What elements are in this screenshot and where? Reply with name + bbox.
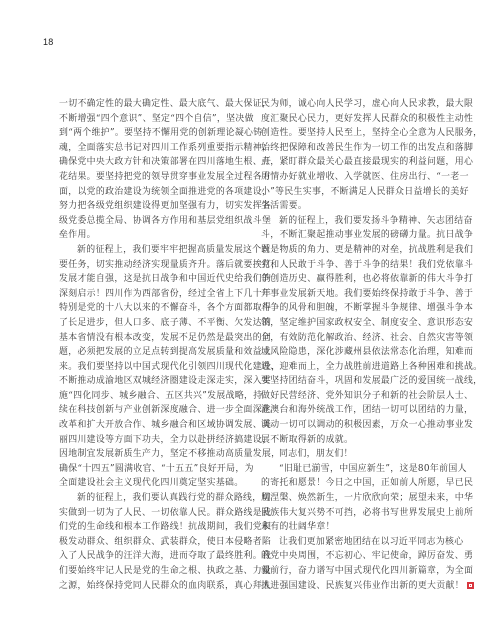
text-line-content: 全面建设社会主义现代化四川奠定坚实基础。 xyxy=(59,478,244,488)
text-line-content: 深刻启示！四川作为西部省份，经过全省上下几十年 xyxy=(59,289,271,299)
text-line-content: 因地制宜发展新质生产力，坚定不移推动高质量发展， xyxy=(59,449,280,459)
text-line: 要坚持团结奋斗，巩固和发展最广泛的爱国统一战线， xyxy=(261,374,447,389)
text-line-content: 新的征程上，我们要发扬斗争精神、矢志团结奋 xyxy=(279,216,473,226)
text-line: 创造性。要坚持人民至上，坚持全心全意为人民服务， xyxy=(261,126,447,141)
text-line-content: 魂，全面落实总书记对四川工作系列重要指示精神， xyxy=(59,143,271,153)
text-line-content: 面，以党的政治建设为统领全面推进党的各项建设， xyxy=(59,187,271,197)
text-line-content: 小”等民生实事，不断满足人民群众日益增长的美好 xyxy=(261,187,469,197)
text-line-content: 领，坚定维护国家政权安全、制度安全、意识形态安 xyxy=(261,318,473,328)
text-line-content: 生活需要。 xyxy=(261,201,307,211)
text-line-content: 的党中央周围，不忘初心、牢记使命，踔厉奋发、勇 xyxy=(261,551,473,561)
text-line-content: 级党委总揽全局、协调各方作用和基层党组织战斗堡 xyxy=(59,216,271,226)
text-line-content: 特别是党的十八大以来的不懈奋斗，各个方面都取得 xyxy=(59,303,271,313)
text-line-content: 题，必须把发展的立足点转到提高发展质量和效益上 xyxy=(59,347,271,357)
text-line-content: 们党的生命线和根本工作路线！抗战期间，我们党积 xyxy=(59,522,271,532)
text-line-content: 党和人民敢于斗争、善于斗争的结果！我们党依靠斗 xyxy=(261,260,473,270)
text-line-content: 开事业发展新天地。我们要始终保持敢于斗争、善于 xyxy=(261,289,473,299)
text-line: “旧耻已湔雪，中国应新生”，这是80年前国人 xyxy=(261,462,447,477)
text-line: 点，紧盯群众最关心最直接最现实的利益问题，用心 xyxy=(261,155,447,170)
text-line: 推进强国建设、民族复兴伟业作出新的更大贡献！ xyxy=(261,579,447,594)
text-line: 调动一切可以调动的积极因素，万众一心推动事业发 xyxy=(261,418,447,433)
text-line-content: 要任务，切实推动经济实现量质齐升。落后就要挨打， xyxy=(59,260,280,270)
text-line-content: 丽四川建设等方面下功夫，全力以赴拼经济搞建设， xyxy=(59,435,271,445)
text-line-content: 施“四化同步、城乡融合、五区共兴”发展战略，持 xyxy=(59,391,263,401)
text-line: 域风险隐患，深化涉藏州县依法常态化治理，知难而 xyxy=(261,345,447,360)
text-line-content: 新的征程上，我们要牢牢把握高质量发展这个首 xyxy=(77,245,271,255)
text-line: 到“两个维护”。要坚持不懈用党的创新理论凝心铸 xyxy=(59,126,245,141)
text-line: 始终把保障和改善民生作为一切工作的出发点和落脚 xyxy=(261,141,447,156)
text-line-content: 不断推动成渝地区双城经济圈建设走深走实，深入实 xyxy=(59,376,271,386)
text-line: 斗争的风骨和胆魄，不断掌握斗争规律、增强斗争本 xyxy=(261,301,447,316)
text-line: 港澳台和海外统战工作，团结一切可以团结的力量， xyxy=(261,403,447,418)
text-line-content: 基本省情没有根本改变，发展不足仍然是最突出的问 xyxy=(59,333,271,343)
text-line-content: 毅前行，奋力谱写中国式现代化四川新篇章，为全面 xyxy=(261,566,473,576)
text-line-content: 未有的壮阔华章！ xyxy=(261,522,335,532)
text-line: 不断增强“四个意识”、坚定“四个自信”，坚决做 xyxy=(59,112,245,127)
text-line: 毅前行，奋力谱写中国式现代化四川新篇章，为全面 xyxy=(261,564,447,579)
text-line-content: 点，紧盯群众最关心最直接最现实的利益问题，用心 xyxy=(261,157,473,167)
text-line-content: 到“两个维护”。要坚持不懈用党的创新理论凝心铸 xyxy=(59,128,263,138)
text-line: 领，坚定维护国家政权安全、制度安全、意识形态安 xyxy=(261,316,447,331)
text-line: 让我们更加紧密地团结在以习近平同志为核心 xyxy=(261,535,447,550)
text-line: 未有的壮阔华章！ xyxy=(261,520,447,535)
text-line-content: 民为师，诚心向人民学习，虚心向人民求教，最大限 xyxy=(261,99,473,109)
text-line: 展不断取得新的成就。 xyxy=(261,433,447,448)
page-number: 18 xyxy=(43,37,53,47)
text-line: 全，有效防范化解政治、经济、社会、自然灾害等领 xyxy=(261,331,447,346)
text-line-content: 们要始终牢记人民是党的生命之根、执政之基、力量 xyxy=(59,566,271,576)
text-line-content: 来。我们要坚持以中国式现代化引领四川现代化建设， xyxy=(59,362,280,372)
text-line: 基本省情没有根本改变，发展不足仍然是最突出的问 xyxy=(59,331,245,346)
text-line: 的党中央周围，不忘初心、牢记使命，踔厉奋发、勇 xyxy=(261,549,447,564)
text-line-content: 了长足进步，但人口多、底子薄、不平衡、欠发达的 xyxy=(59,318,271,328)
text-line-content: 度汇聚民心民力，更好发挥人民群众的积极性主动性 xyxy=(261,114,473,124)
text-line: 魂，全面落实总书记对四川工作系列重要指示精神， xyxy=(59,141,245,156)
text-line: 垒作用。 xyxy=(59,228,245,243)
text-line-content: 新的征程上，我们要认真践行党的群众路线，切 xyxy=(77,493,271,503)
text-line-content: 的寄托和愿景！今日之中国，正如前人所愿，早已民 xyxy=(261,478,473,488)
text-line-content: 改革和扩大开放合作、城乡融合和区域协调发展、美 xyxy=(59,420,271,430)
text-line-content: 做好民营经济、党外知识分子和新的社会阶层人士、 xyxy=(261,391,473,401)
text-line: 同志们，朋友们！ xyxy=(261,447,447,462)
text-line: 斗，不断汇聚起推动事业发展的磅礴力量。抗日战争 xyxy=(261,228,447,243)
text-line: 实做到一切为了人民、一切依靠人民。群众路线是我 xyxy=(59,506,245,521)
text-line: 新的征程上，我们要牢牢把握高质量发展这个首 xyxy=(59,243,245,258)
text-line-content: 港澳台和海外统战工作，团结一切可以团结的力量， xyxy=(261,405,473,415)
text-line: 小”等民生实事，不断满足人民群众日益增长的美好 xyxy=(261,185,447,200)
text-line-content: 不断增强“四个意识”、坚定“四个自信”，坚决做 xyxy=(59,114,254,124)
text-line: 生活需要。 xyxy=(261,199,447,214)
text-line: 民族伟大复兴势不可挡，必将书写世界发展史上前所 xyxy=(261,506,447,521)
text-line: 既是物质的角力、更是精神的对垒，抗战胜利是我们 xyxy=(261,243,447,258)
text-line: 花结果。要坚持把党的领导贯穿事业发展全过程各方 xyxy=(59,170,245,185)
text-line-content: 既是物质的角力、更是精神的对垒，抗战胜利是我们 xyxy=(261,245,473,255)
text-line-content: 要坚持团结奋斗，巩固和发展最广泛的爱国统一战线， xyxy=(261,376,482,386)
text-line: 题，必须把发展的立足点转到提高发展质量和效益上 xyxy=(59,345,245,360)
text-line: 施“四化同步、城乡融合、五区共兴”发展战略，持 xyxy=(59,389,245,404)
text-line: 的寄托和愿景！今日之中国，正如前人所愿，早已民 xyxy=(261,476,447,491)
text-line-content: 极发动群众、组织群众、武装群众，使日本侵略者陷 xyxy=(59,537,271,547)
text-line-content: 全，有效防范化解政治、经济、社会、自然灾害等领 xyxy=(261,333,473,343)
text-line-content: “旧耻已湔雪，中国应新生”，这是80年前国人 xyxy=(279,464,467,474)
text-line: 用情办好就业增收、入学就医、住房出行、“一老一 xyxy=(261,170,447,185)
text-line-content: 入了人民战争的汪洋大海，进而夺取了最终胜利。我 xyxy=(59,551,271,561)
text-line: 努力把各级党组织建设得更加坚强有力，切实发挥各 xyxy=(59,199,245,214)
text-line: 新的征程上，我们要认真践行党的群众路线，切 xyxy=(59,491,245,506)
text-line-content: 发展才能自强，这是抗日战争和中国近代史给我们的 xyxy=(59,274,271,284)
article-end-mark-icon xyxy=(467,582,474,589)
text-line-content: 努力把各级党组织建设得更加坚强有力，切实发挥各 xyxy=(59,201,271,211)
text-line-content: 花结果。要坚持把党的领导贯穿事业发展全过程各方 xyxy=(59,172,271,182)
text-line: 深刻启示！四川作为西部省份，经过全省上下几十年 xyxy=(59,287,245,302)
text-line-content: 域风险隐患，深化涉藏州县依法常态化治理，知难而 xyxy=(261,347,473,357)
text-line: 特别是党的十八大以来的不懈奋斗，各个方面都取得 xyxy=(59,301,245,316)
text-line: 极发动群众、组织群众、武装群众，使日本侵略者陷 xyxy=(59,535,245,550)
text-line: 级党委总揽全局、协调各方作用和基层党组织战斗堡 xyxy=(59,214,245,229)
text-line: 续在科技创新与产业创新深度融合、进一步全面深化 xyxy=(59,403,245,418)
text-line-content: 展不断取得新的成就。 xyxy=(261,435,353,445)
text-line: 民为师，诚心向人民学习，虚心向人民求教，最大限 xyxy=(261,97,447,112)
text-line: 要任务，切实推动经济实现量质齐升。落后就要挨打， xyxy=(59,258,245,273)
text-line-content: 凰涅槃、焕然新生，一片欣欣向荣；展望未来，中华 xyxy=(261,493,473,503)
text-line-content: 一切不确定性的最大确定性、最大底气、最大保证， xyxy=(59,99,271,109)
text-line-content: 始终把保障和改善民生作为一切工作的出发点和落脚 xyxy=(261,143,473,153)
text-line: 凰涅槃、焕然新生，一片欣欣向荣；展望未来，中华 xyxy=(261,491,447,506)
text-line: 入了人民战争的汪洋大海，进而夺取了最终胜利。我 xyxy=(59,549,245,564)
text-line: 发展才能自强，这是抗日战争和中国近代史给我们的 xyxy=(59,272,245,287)
text-line: 进、迎难而上，全力战胜前进道路上各种困难和挑战。 xyxy=(261,360,447,375)
text-line-content: 民族伟大复兴势不可挡，必将书写世界发展史上前所 xyxy=(261,508,473,518)
text-line: 改革和扩大开放合作、城乡融合和区域协调发展、美 xyxy=(59,418,245,433)
text-line: 新的征程上，我们要发扬斗争精神、矢志团结奋 xyxy=(261,214,447,229)
text-line: 全面建设社会主义现代化四川奠定坚实基础。 xyxy=(59,476,245,491)
left-text-column: 一切不确定性的最大确定性、最大底气、最大保证，不断增强“四个意识”、坚定“四个自… xyxy=(59,97,245,593)
text-line: 不断推动成渝地区双城经济圈建设走深走实，深入实 xyxy=(59,374,245,389)
text-line: 丽四川建设等方面下功夫，全力以赴拼经济搞建设， xyxy=(59,433,245,448)
text-line: 党和人民敢于斗争、善于斗争的结果！我们党依靠斗 xyxy=(261,258,447,273)
text-line: 确保党中央大政方针和决策部署在四川落地生根、开 xyxy=(59,155,245,170)
text-line-content: 创造性。要坚持人民至上，坚持全心全意为人民服务， xyxy=(261,128,482,138)
text-line-content: 同志们，朋友们！ xyxy=(279,449,353,459)
text-line: 一切不确定性的最大确定性、最大底气、最大保证， xyxy=(59,97,245,112)
text-line-content: 续在科技创新与产业创新深度融合、进一步全面深化 xyxy=(59,405,271,415)
text-line: 确保“十四五”圆满收官、“十五五”良好开局，为 xyxy=(59,462,245,477)
text-line-content: 让我们更加紧密地团结在以习近平同志为核心 xyxy=(279,537,464,547)
text-line: 们党的生命线和根本工作路线！抗战期间，我们党积 xyxy=(59,520,245,535)
text-line-content: 推进强国建设、民族复兴伟业作出新的更大贡献！ xyxy=(261,581,464,591)
text-line-content: 实做到一切为了人民、一切依靠人民。群众路线是我 xyxy=(59,508,271,518)
text-line: 开事业发展新天地。我们要始终保持敢于斗争、善于 xyxy=(261,287,447,302)
text-line-content: 调动一切可以调动的积极因素，万众一心推动事业发 xyxy=(261,420,473,430)
text-line: 因地制宜发展新质生产力，坚定不移推动高质量发展， xyxy=(59,447,245,462)
right-text-column: 民为师，诚心向人民学习，虚心向人民求教，最大限度汇聚民心民力，更好发挥人民群众的… xyxy=(261,97,447,593)
text-line: 度汇聚民心民力，更好发挥人民群众的积极性主动性 xyxy=(261,112,447,127)
text-line-content: 确保“十四五”圆满收官、“十五五”良好开局，为 xyxy=(59,464,254,474)
text-line: 了长足进步，但人口多、底子薄、不平衡、欠发达的 xyxy=(59,316,245,331)
text-line-content: 斗，不断汇聚起推动事业发展的磅礴力量。抗日战争 xyxy=(261,230,473,240)
text-line-content: 用情办好就业增收、入学就医、住房出行、“一老一 xyxy=(261,172,469,182)
text-line-content: 之源，始终保持党同人民群众的血肉联系，真心拜人 xyxy=(59,581,271,591)
text-line-content: 垒作用。 xyxy=(59,230,96,240)
text-line: 做好民营经济、党外知识分子和新的社会阶层人士、 xyxy=(261,389,447,404)
text-line: 来。我们要坚持以中国式现代化引领四川现代化建设， xyxy=(59,360,245,375)
text-line: 面，以党的政治建设为统领全面推进党的各项建设， xyxy=(59,185,245,200)
text-line: 们要始终牢记人民是党的生命之根、执政之基、力量 xyxy=(59,564,245,579)
text-line-content: 确保党中央大政方针和决策部署在四川落地生根、开 xyxy=(59,157,271,167)
text-line: 之源，始终保持党同人民群众的血肉联系，真心拜人 xyxy=(59,579,245,594)
text-line-content: 进、迎难而上，全力战胜前进道路上各种困难和挑战。 xyxy=(261,362,482,372)
text-line-content: 斗争的风骨和胆魄，不断掌握斗争规律、增强斗争本 xyxy=(261,303,473,313)
text-line-content: 争创造历史、赢得胜利，也必将依靠新的伟大斗争打 xyxy=(261,274,473,284)
text-line: 争创造历史、赢得胜利，也必将依靠新的伟大斗争打 xyxy=(261,272,447,287)
